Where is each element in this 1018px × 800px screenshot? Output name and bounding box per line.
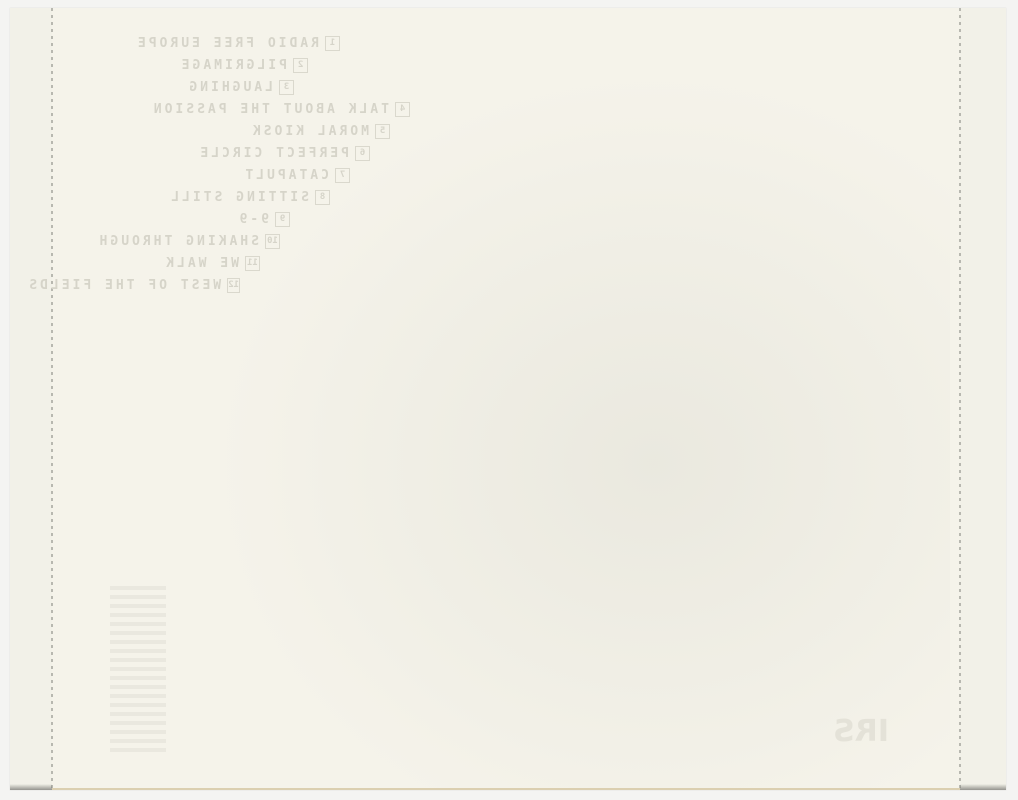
right-bottom-shadow <box>960 784 1006 790</box>
barcode-show-through <box>110 586 166 756</box>
track-item: 7CATAPULT <box>80 164 540 186</box>
track-item: 99-9 <box>80 208 540 230</box>
label-logo: IRS <box>806 714 916 750</box>
track-item: 5MORAL KIOSK <box>80 120 540 142</box>
track-item: 8SITTING STILL <box>80 186 540 208</box>
track-item: 3LAUGHING <box>80 76 540 98</box>
track-item: 10SHAKING THROUGH <box>80 230 540 252</box>
bottom-edge <box>52 788 960 790</box>
left-bottom-shadow <box>10 784 52 790</box>
track-item: 12WEST OF THE FIELDS <box>80 274 540 296</box>
left-flap <box>10 8 52 790</box>
mirrored-tracklist: 1RADIO FREE EUROPE 2PILGRIMAGE 3LAUGHING… <box>80 32 540 296</box>
track-item: 1RADIO FREE EUROPE <box>80 32 540 54</box>
right-fold-perforation <box>959 8 961 790</box>
left-fold-perforation <box>51 8 53 790</box>
track-item: 6PERFECT CIRCLE <box>80 142 540 164</box>
track-item: 2PILGRIMAGE <box>80 54 540 76</box>
track-item: 11WE WALK <box>80 252 540 274</box>
right-flap <box>960 8 1006 790</box>
track-item: 4TALK ABOUT THE PASSION <box>80 98 540 120</box>
paper-insert: 1RADIO FREE EUROPE 2PILGRIMAGE 3LAUGHING… <box>10 8 1006 790</box>
